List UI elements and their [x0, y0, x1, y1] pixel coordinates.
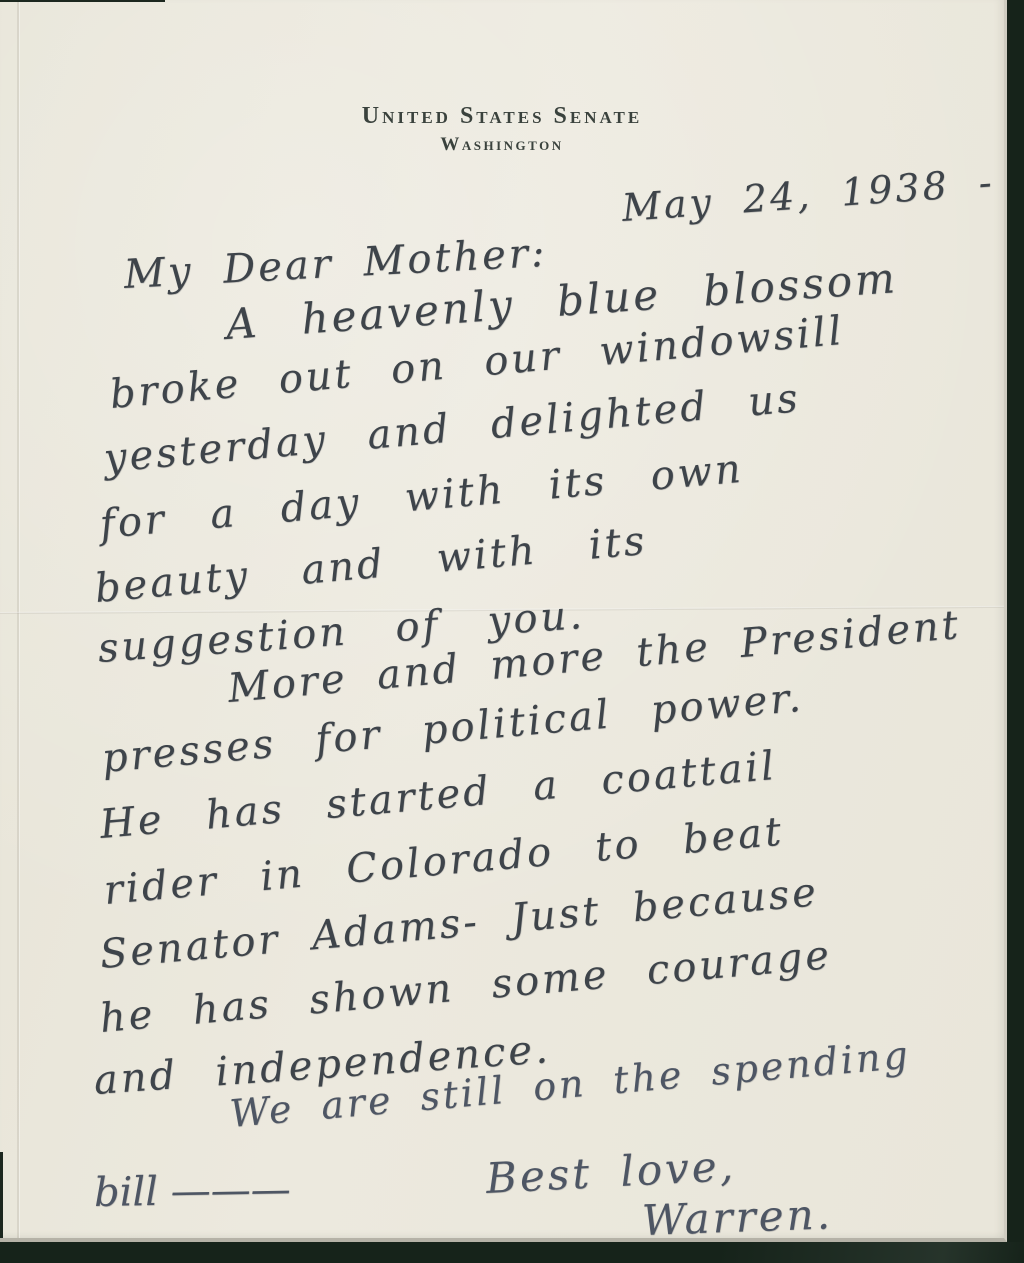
scan-edge-left-bottom [0, 1152, 3, 1238]
vertical-fold-line [17, 0, 19, 1238]
scan-edge-top [0, 0, 165, 2]
letterhead-line-1: United States Senate [0, 103, 1004, 130]
signature: Warren. [641, 1189, 834, 1245]
letterhead-line-2: Washington [0, 134, 1004, 156]
letter-page: United States Senate Washington May 24, … [0, 0, 1007, 1242]
body-line: bill ——— [94, 1167, 291, 1216]
date-line: May 24, 1938 - [620, 160, 995, 230]
letter-scan: United States Senate Washington May 24, … [0, 0, 1024, 1263]
